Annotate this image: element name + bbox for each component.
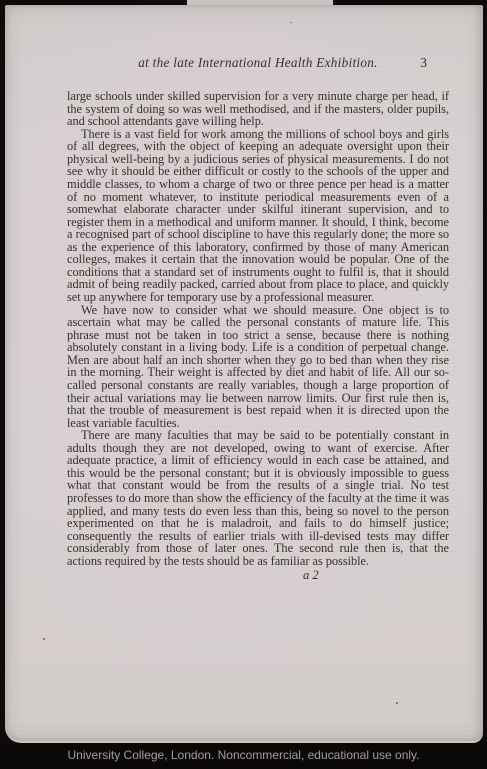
paragraph: There is a vast field for work among the… xyxy=(67,128,449,304)
running-header: at the late International Health Exhibit… xyxy=(67,55,449,71)
attribution-bar: University College, London. Noncommercia… xyxy=(0,743,487,769)
book-page: at the late International Health Exhibit… xyxy=(5,5,483,743)
body-text: large schools under skilled supervision … xyxy=(67,90,449,582)
paper-speck xyxy=(43,638,45,640)
signature-mark: a 2 xyxy=(67,569,449,582)
paragraph: large schools under skilled supervision … xyxy=(67,90,449,128)
page-number: 3 xyxy=(420,55,427,71)
attribution-caption: University College, London. Noncommercia… xyxy=(0,743,487,768)
paragraph: There are many faculties that may be sai… xyxy=(67,429,449,567)
text-column: at the late International Health Exhibit… xyxy=(67,55,449,582)
paragraph: We have now to consider what we should m… xyxy=(67,304,449,430)
scanned-book-photo: at the late International Health Exhibit… xyxy=(0,0,487,769)
paper-speck xyxy=(396,702,398,704)
paper-speck xyxy=(290,22,292,23)
running-header-title: at the late International Health Exhibit… xyxy=(67,55,449,71)
